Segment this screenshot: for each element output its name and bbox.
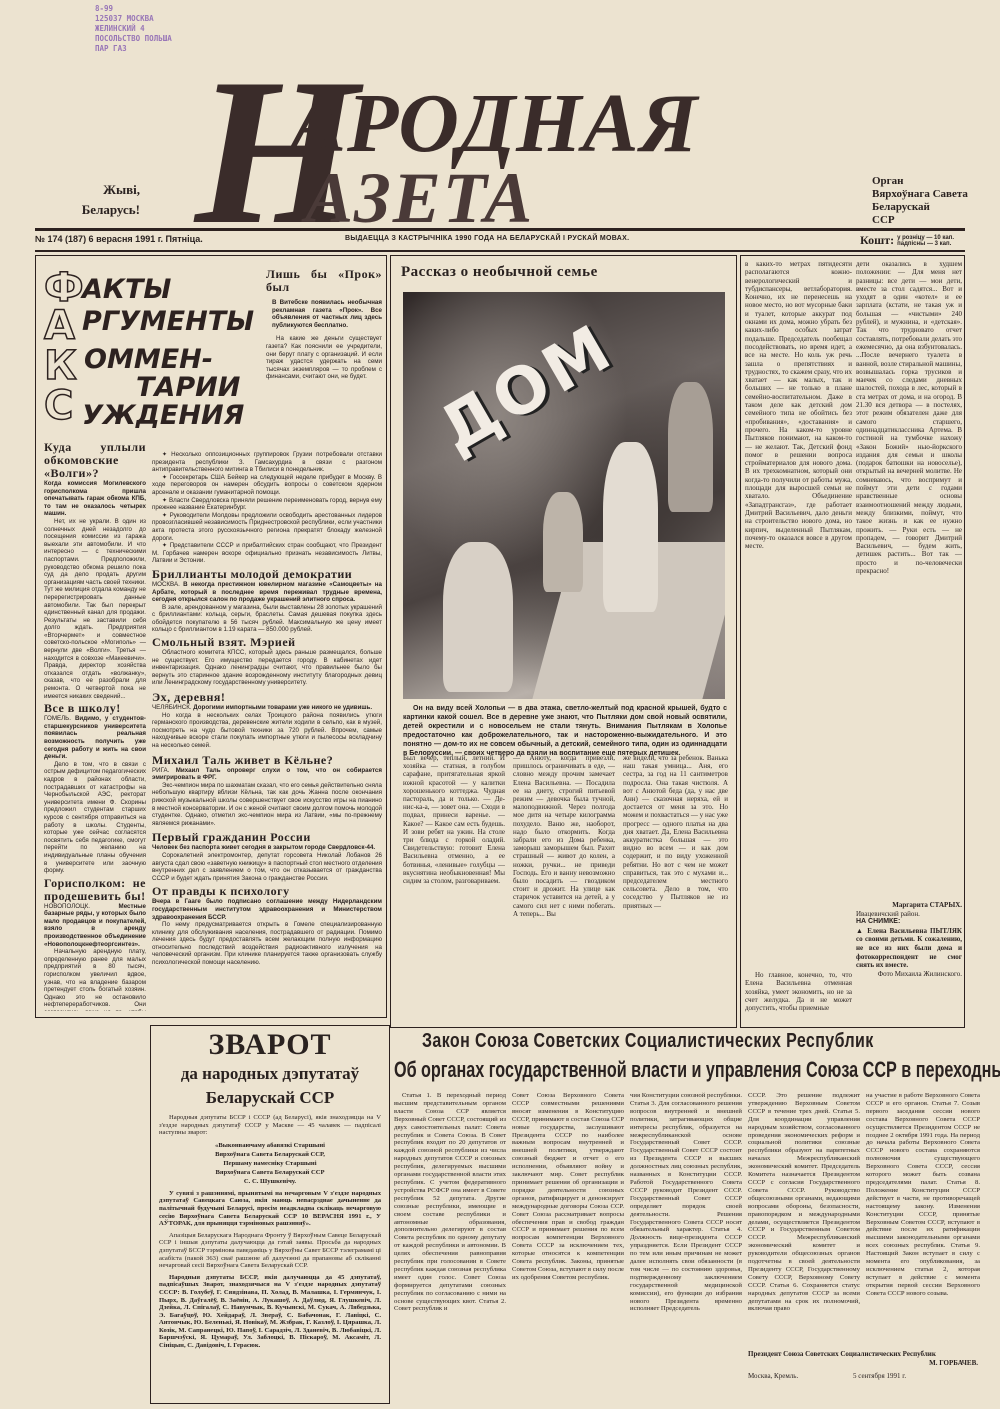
- article-body: Сорокалетний электромонтер, депутат горс…: [152, 852, 382, 882]
- family-photo: ДОМ: [403, 292, 725, 699]
- divider: [35, 250, 965, 252]
- article-title: Смольный взят. Мэрией: [152, 636, 382, 649]
- article-title: Михаил Таль живет в Кёльне?: [152, 754, 382, 767]
- photo-adult: [603, 442, 658, 612]
- logo-word: ТАРИИ: [136, 374, 240, 402]
- dateline: МОСКВА.: [152, 581, 180, 588]
- bullet-item: ✦ Несколько оппозиционных группировок Гр…: [152, 451, 382, 474]
- logo-letter: К: [44, 346, 89, 386]
- feature-column: в каких-то метрах пятидесяти располагают…: [745, 260, 852, 850]
- article-body: Но когда в нескольких селах Троицкого ра…: [152, 712, 382, 750]
- author-byline: Маргарита СТАРЫХ.: [856, 901, 962, 910]
- law-section: Закон Союза Советских Социалистических Р…: [394, 1030, 994, 1405]
- dateline: ГОМЕЛЬ.: [44, 715, 71, 722]
- caption-label: НА СНИМКЕ:: [856, 918, 962, 927]
- organ-line: Беларускай: [872, 201, 992, 214]
- law-place: Москва, Кремль.: [748, 1372, 853, 1381]
- stamp-line: 125037 МОСКВА: [95, 14, 235, 24]
- article-lead: Человек без паспорта живет сегодня в зак…: [152, 844, 382, 852]
- appeal-signers: Народныя дэпутаты БССР, якія далучаюцца …: [159, 1274, 381, 1350]
- appeal-subtitle: Беларускай ССР: [151, 1088, 389, 1108]
- law-column: СССР. Это решение подлежит утверждению В…: [748, 1092, 860, 1342]
- law-column: Статья 1. В переходный период высшим пре…: [394, 1092, 506, 1402]
- appeal-section: ЗВАРОТ да народных дэпутатаў Беларускай …: [150, 1025, 390, 1404]
- organ-line: Орган: [872, 175, 992, 188]
- motto-line: Жыві,: [40, 180, 140, 200]
- bullet-item: ✦ Госсекретарь США Бейкер на следующей н…: [152, 474, 382, 497]
- law-subtitle: Об органах государственной власти и упра…: [394, 1057, 1000, 1083]
- faks-logo: Ф А К С АКТЫ РГУМЕНТЫ ОММЕН- ТАРИИ УЖДЕН…: [44, 268, 264, 433]
- organ-statement: Орган Вярхоўнага Савета Беларускай ССР: [872, 175, 992, 227]
- logo-word: ОММЕН-: [84, 346, 213, 374]
- bullet-list: ✦ Несколько оппозиционных группировок Гр…: [152, 451, 382, 565]
- photo-house-sign: ДОМ: [427, 310, 626, 468]
- article-lead: Местные базарные ряды, у которых было ма…: [44, 903, 146, 948]
- issue-info-bar: № 174 (187) 6 верасня 1991 г. Пятніца. В…: [35, 233, 965, 247]
- publisher-note: ВЫДАЕЦЦА З КАСТРЫЧНІКА 1990 ГОДА НА БЕЛА…: [345, 235, 629, 242]
- appeal-title: ЗВАРОТ: [151, 1028, 389, 1062]
- article-body: Областного комитета КПСС, который здесь …: [152, 649, 382, 687]
- address-line: С. С. Шушкевічу.: [159, 1177, 381, 1186]
- bullet-text: Руководители Молдовы предложили освободи…: [152, 512, 382, 542]
- bullet-text: Власти Свердловска приняли решение переи…: [152, 497, 382, 512]
- address-line: Вярхоўнага Савета Беларускай ССР,: [159, 1150, 381, 1159]
- address-line: «Выконваючаму абавязкі Старшыні: [159, 1141, 381, 1150]
- logo-word: УЖДЕНИЯ: [82, 402, 244, 430]
- bullet-text: Госсекретарь США Бейкер на следующей нед…: [152, 474, 382, 496]
- price-label: Кошт:: [860, 233, 894, 248]
- article-body: Экс-чемпион мира по шахматам сказал, что…: [152, 782, 382, 828]
- feature-story-section: Рассказ о необычной семье ДОМ Он на виду…: [390, 255, 737, 1028]
- article-body: Начальную арендную плату, определенную р…: [44, 948, 146, 1011]
- bullet-text: Несколько оппозиционных группировок Груз…: [152, 451, 382, 473]
- dateline: ЧЕЛЯБИНСК.: [152, 704, 192, 711]
- feature-column: дети оказались в худшем положении: — Для…: [856, 260, 962, 850]
- photo-child: [443, 542, 513, 692]
- article-title: Все в школу!: [44, 702, 146, 715]
- article-title: Бриллианты молодой демократии: [152, 568, 382, 581]
- article-lead: Видимо, у студентов-старшекурсников унив…: [44, 715, 146, 760]
- appeal-subtitle: да народных дэпутатаў: [151, 1064, 389, 1084]
- article-title: Лишь бы «Прок» был: [266, 268, 382, 294]
- issue-number-date: № 174 (187) 6 верасня 1991 г. Пятніца.: [35, 234, 203, 244]
- dateline: РИГА.: [152, 767, 169, 774]
- address-line: Вярхоўнага Савета Беларускай ССР: [159, 1168, 381, 1177]
- article-title: Горисполком: не продешевить бы!: [44, 877, 146, 903]
- law-column: чия Конституции союзной республики. Стат…: [630, 1092, 742, 1402]
- stamp-line: 8-99: [95, 4, 235, 14]
- stamp-line: ЖЕЛИНСКИЙ 4: [95, 24, 235, 34]
- newspaper-masthead: Н АРОДНАЯ АЗЕТА: [195, 62, 715, 237]
- photo-child: [543, 492, 583, 592]
- article-body: Нет, их не украли. В один из солнечных д…: [44, 518, 146, 700]
- price-retail: у розніцу — 10 кап.: [897, 235, 954, 241]
- article-body: По нему предусматривается открыть в Гоме…: [152, 921, 382, 967]
- motto: Жыві, Беларусь!: [40, 180, 140, 220]
- article-lead: Вчера в Гааге было подписано соглашение …: [152, 898, 382, 921]
- triangle-icon: ▲: [856, 927, 867, 935]
- organ-line: ССР: [872, 214, 992, 227]
- left-news-column: Куда уплыли обкомовские «Волги»? Когда к…: [44, 441, 146, 1011]
- appeal-address: «Выконваючаму абавязкі Старшыні Вярхоўна…: [159, 1141, 381, 1186]
- price-subscription: падпісны — 3 кап.: [897, 241, 954, 247]
- logo-word: АКТЫ: [82, 276, 171, 304]
- article-title: От правды к психологу: [152, 885, 382, 898]
- law-column: Совет Союза Верховного Совета СССР совме…: [512, 1092, 624, 1402]
- law-column: на участие в работе Верховного Совета СС…: [866, 1092, 980, 1342]
- price: Кошт: у розніцу — 10 кап. падпісны — 3 к…: [860, 233, 954, 248]
- bullet-text: Представители СССР и прибалтийских стран…: [152, 542, 382, 564]
- feature-column: же видели, что за ребенок. Ванька наш та…: [623, 754, 728, 1024]
- feature-column: Был вечер, теплый, летний. И хозяйка — с…: [403, 754, 505, 1024]
- masthead-line1: АРОДНАЯ: [290, 82, 698, 166]
- article-lead: Дорогими импортными товарами уже никого …: [193, 704, 372, 711]
- bullet-item: ✦ Руководители Молдовы предложили освобо…: [152, 512, 382, 542]
- article-lead: Михаил Таль опроверг слухи о том, что он…: [152, 767, 382, 782]
- signature-name: М. ГОРБАЧЕВ.: [748, 1359, 988, 1368]
- article-body: Дело в том, что в связи с острым дефицит…: [44, 761, 146, 875]
- photo-credit: Фото Михаила Жилинского.: [856, 970, 962, 979]
- logo-word: РГУМЕНТЫ: [82, 308, 254, 336]
- feature-column: Но главное, конечно, то, что Елена Васил…: [745, 971, 852, 1021]
- article-lead: В некогда престижном ювелирном магазине …: [152, 581, 382, 603]
- author-place: Ивацевичский район.: [856, 910, 962, 919]
- law-title: Закон Союза Советских Социалистических Р…: [422, 1030, 874, 1053]
- article-title: Куда уплыли обкомовские «Волги»?: [44, 441, 146, 480]
- article-title: Эх, деревня!: [152, 691, 382, 704]
- facts-arguments-section: Ф А К С АКТЫ РГУМЕНТЫ ОММЕН- ТАРИИ УЖДЕН…: [35, 255, 387, 1018]
- article-title: Первый гражданин России: [152, 831, 382, 844]
- motto-line: Беларусь!: [40, 200, 140, 220]
- byline-block: Маргарита СТАРЫХ. Ивацевичский район. НА…: [856, 901, 962, 978]
- article-prok: Лишь бы «Прок» был В Витебске появилась …: [266, 268, 382, 453]
- law-place-date: Москва, Кремль. 5 сентября 1991 г.: [748, 1372, 988, 1381]
- feature-continuation: в каких-то метрах пятидесяти располагают…: [740, 255, 965, 1028]
- feature-column: — Анюту, когда привезли, пришлось ограни…: [513, 754, 615, 1024]
- organ-line: Вярхоўнага Савета: [872, 188, 992, 201]
- article-lead: Когда комиссия Могилевского горисполкома…: [44, 480, 146, 518]
- signature-title: Президент Союза Советских Социалистическ…: [748, 1350, 988, 1359]
- feature-kicker: Рассказ о необычной семье: [401, 264, 598, 281]
- appeal-body: У сувязі з рашэннямі, прынятымі на нечар…: [159, 1190, 381, 1228]
- divider: [35, 228, 965, 231]
- law-date: 5 сентября 1991 г.: [853, 1372, 906, 1381]
- price-values: у розніцу — 10 кап. падпісны — 3 кап.: [897, 235, 954, 247]
- address-line: Першаму намесніку Старшыні: [159, 1159, 381, 1168]
- masthead-line2: АЗЕТА: [305, 162, 534, 234]
- feature-lead: Он на виду всей Холопьи — в два этажа, с…: [403, 704, 727, 758]
- article-body: На какие же деньги существует газета? Ка…: [266, 335, 382, 381]
- article-body: В зале, арендованном у магазина, были вы…: [152, 604, 382, 634]
- photo-adult: [668, 382, 713, 512]
- law-signature: Президент Союза Советских Социалистическ…: [748, 1350, 988, 1381]
- article-lead: В Витебске появилась необычная рекламная…: [266, 299, 382, 329]
- photo-caption: Елена Васильевна ПЫТЛЯК со своими детьми…: [856, 927, 962, 969]
- bullet-item: ✦ Представители СССР и прибалтийских стр…: [152, 542, 382, 565]
- appeal-intro: Народныя дэпутаты БССР і СССР (ад Белару…: [159, 1114, 381, 1137]
- middle-news-column: ✦ Несколько оппозиционных группировок Гр…: [152, 451, 382, 1021]
- dateline: НОВОПОЛОЦК.: [44, 903, 90, 910]
- appeal-body: Апазіцыя Беларускага Народнага Фронту ў …: [159, 1232, 381, 1270]
- bullet-item: ✦ Власти Свердловска приняли решение пер…: [152, 497, 382, 512]
